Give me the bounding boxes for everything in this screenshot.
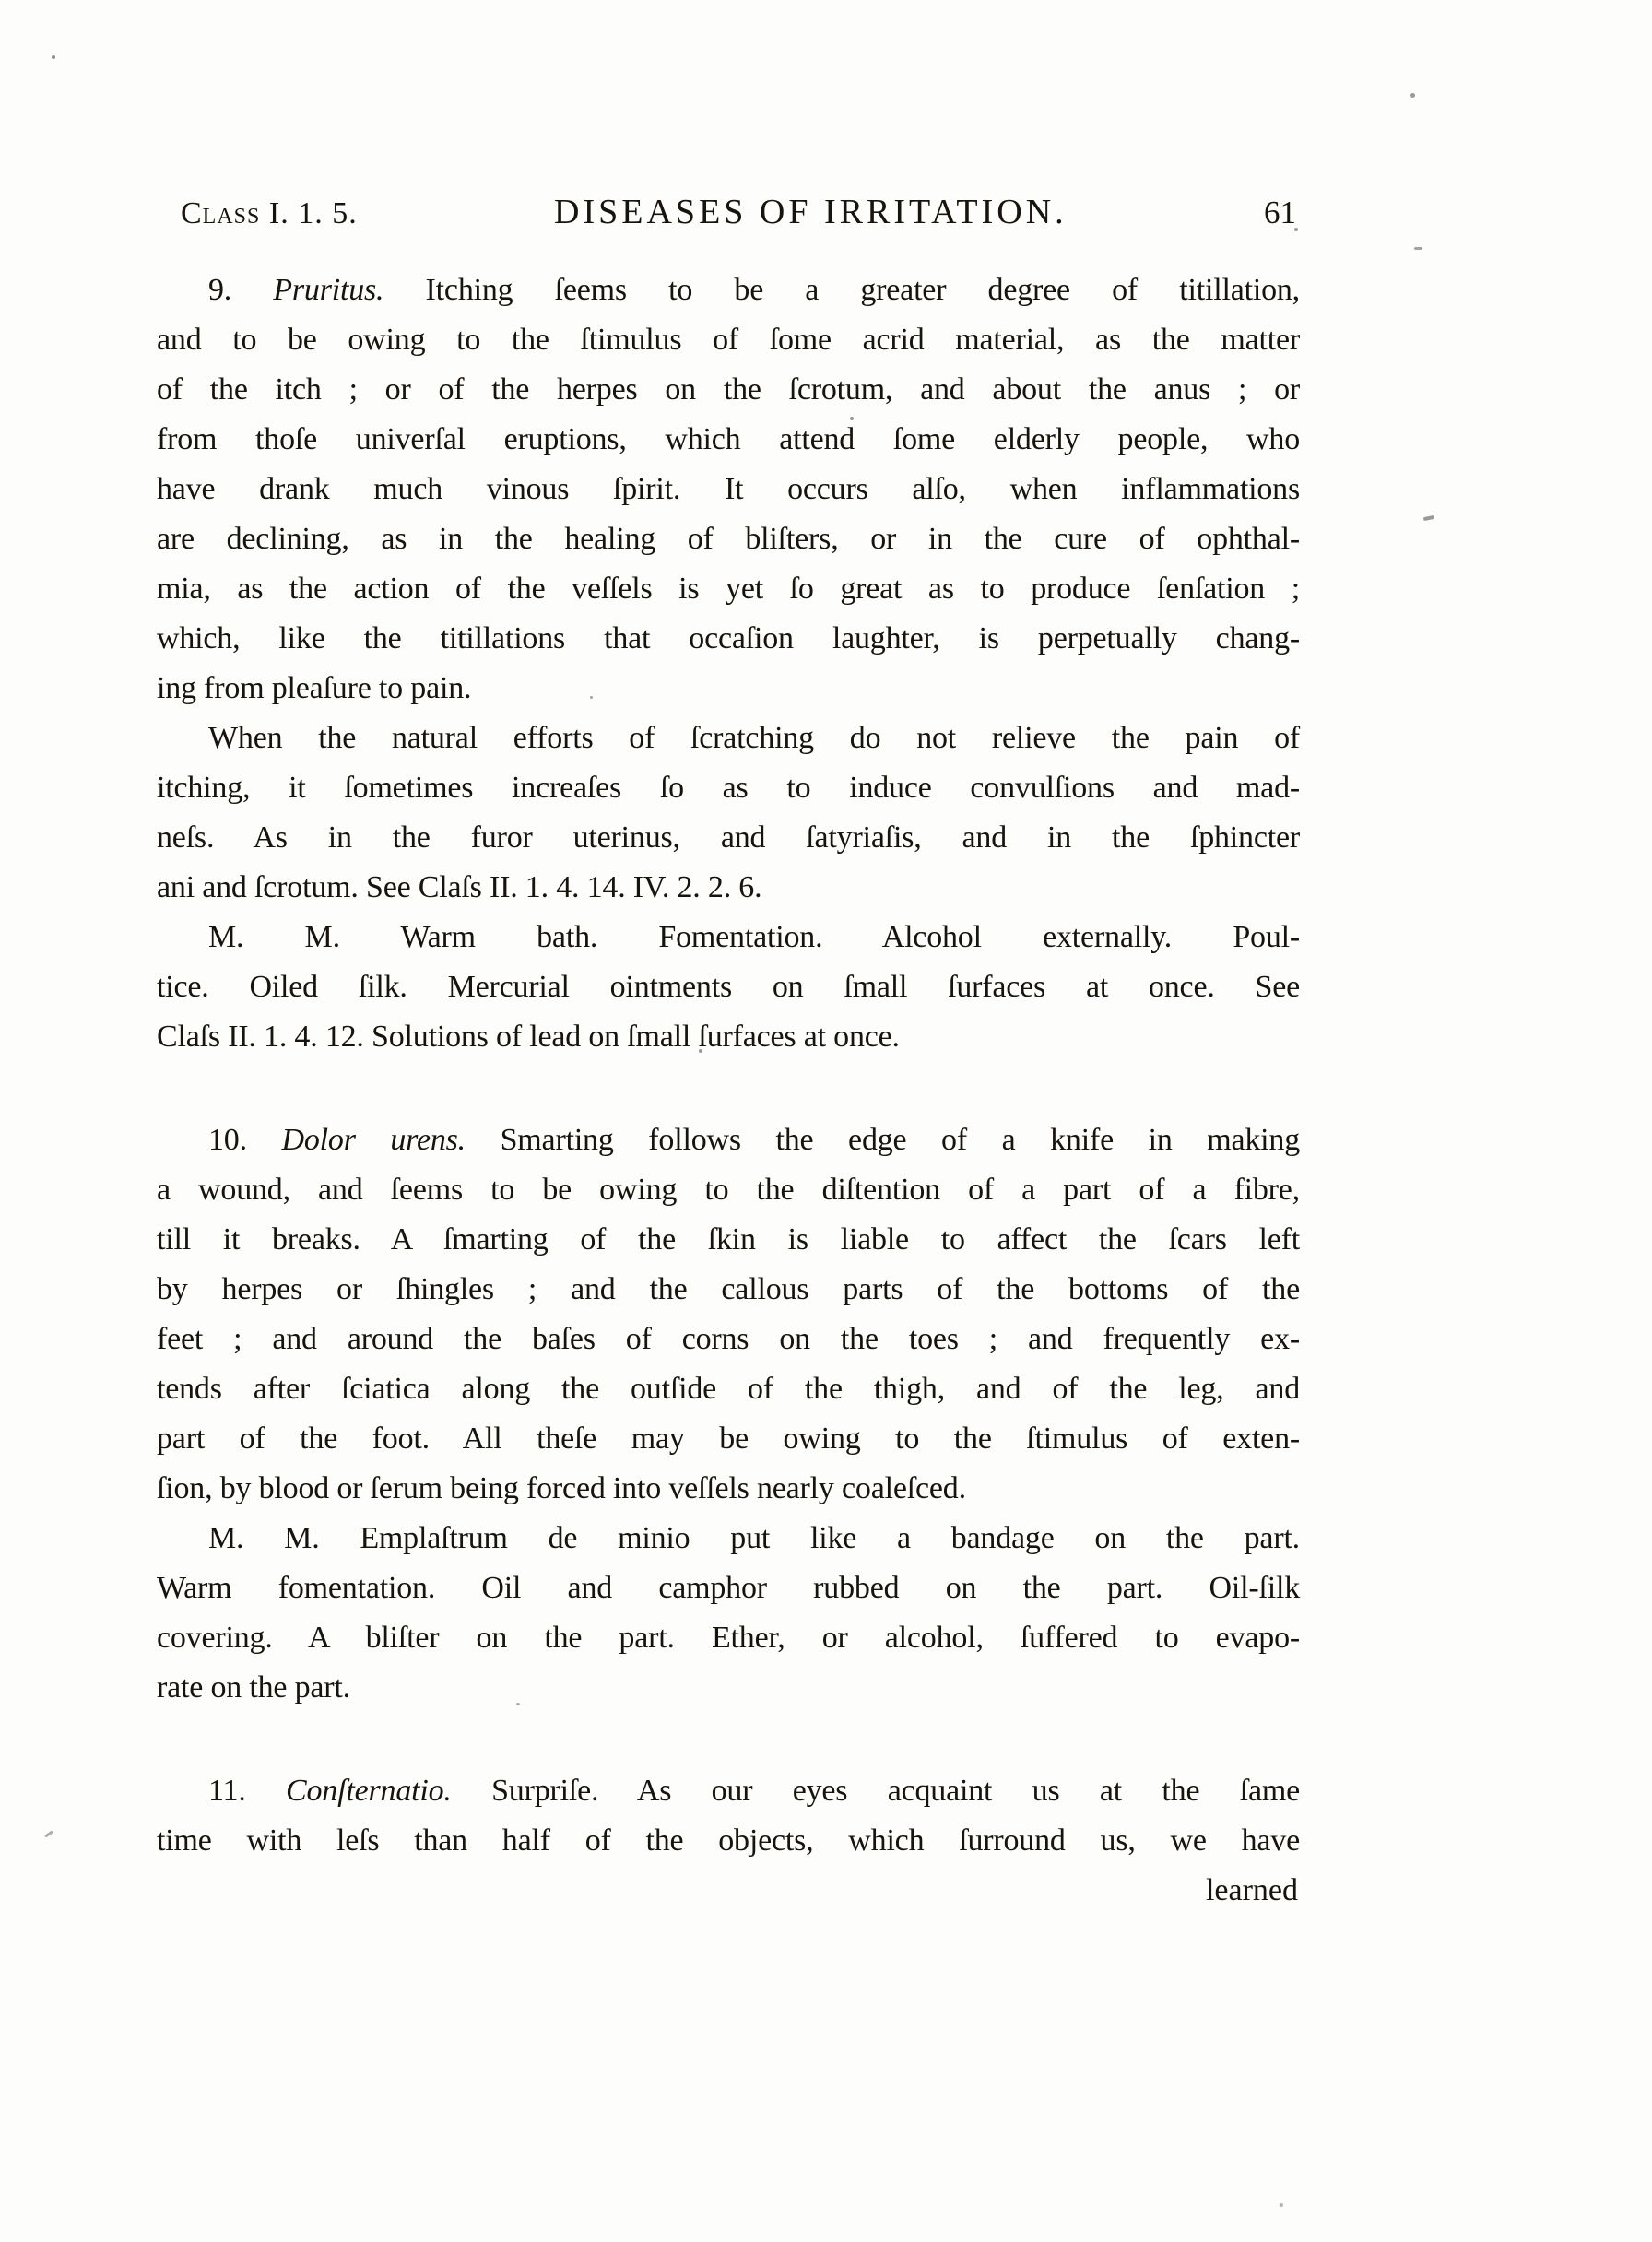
text-segment: Warm fomentation. Oil and camphor rubbed… bbox=[157, 1571, 1300, 1605]
text-line: 10. Dolor urens. Smarting follows the ed… bbox=[157, 1115, 1300, 1165]
section-11-consternatio: 11. Conſternatio. Surpriſe. As our eyes … bbox=[157, 1766, 1300, 1866]
text-segment: rate on the part. bbox=[157, 1670, 350, 1705]
scan-speck bbox=[1294, 228, 1298, 231]
text-line: till it breaks. A ſmarting of the ſkin i… bbox=[157, 1215, 1300, 1265]
text-line: and to be owing to the ſtimulus of ſome … bbox=[157, 315, 1300, 365]
section-10-dolor-urens: 10. Dolor urens. Smarting follows the ed… bbox=[157, 1115, 1300, 1514]
text-line: from thoſe univerſal eruptions, which at… bbox=[157, 415, 1300, 465]
text-line: have drank much vinous ſpirit. It occurs… bbox=[157, 465, 1300, 514]
text-segment: ing from pleaſure to pain. bbox=[157, 671, 471, 705]
text-segment: time with leſs than half of the objects,… bbox=[157, 1823, 1300, 1858]
text-line: 9. Pruritus. Itching ſeems to be a great… bbox=[157, 265, 1300, 315]
text-line: part of the foot. All theſe may be owing… bbox=[157, 1414, 1300, 1464]
text-segment: ani and ſcrotum. See Claſs II. 1. 4. 14.… bbox=[157, 870, 761, 904]
text-line: Claſs II. 1. 4. 12. Solutions of lead on… bbox=[157, 1012, 1300, 1062]
text-segment: covering. A bliſter on the part. Ether, … bbox=[157, 1621, 1300, 1655]
text-line: are declining, as in the healing of bliſ… bbox=[157, 514, 1300, 564]
text-line: M. M. Warm bath. Fomentation. Alcohol ex… bbox=[157, 913, 1300, 962]
text-segment: 11. bbox=[208, 1774, 286, 1808]
text-line: itching, it ſometimes increaſes ſo as to… bbox=[157, 763, 1300, 813]
scan-speck bbox=[52, 55, 55, 59]
latin-term: Conſternatio. bbox=[286, 1774, 452, 1808]
text-line: 11. Conſternatio. Surpriſe. As our eyes … bbox=[157, 1766, 1300, 1816]
text-line: M. M. Emplaſtrum de minio put like a ban… bbox=[157, 1514, 1300, 1563]
section-9-pruritus: 9. Pruritus. Itching ſeems to be a great… bbox=[157, 265, 1300, 714]
scan-speck bbox=[1423, 515, 1435, 521]
text-line: of the itch ; or of the herpes on the ſc… bbox=[157, 365, 1300, 415]
text-segment: tice. Oiled ſilk. Mercurial ointments on… bbox=[157, 970, 1300, 1004]
text-line: a wound, and ſeems to be owing to the di… bbox=[157, 1165, 1300, 1215]
paragraph-mm-pruritus: M. M. Warm bath. Fomentation. Alcohol ex… bbox=[157, 913, 1300, 1062]
text-segment: which, like the titillations that occaſi… bbox=[157, 621, 1300, 655]
text-segment: 10. bbox=[208, 1123, 282, 1157]
scanned-book-page: Class I. 1. 5. DISEASES OF IRRITATION. 6… bbox=[0, 0, 1652, 2242]
text-line: Warm fomentation. Oil and camphor rubbed… bbox=[157, 1563, 1300, 1613]
text-segment: ſion, by blood or ſerum being forced int… bbox=[157, 1471, 966, 1505]
text-segment: have drank much vinous ſpirit. It occurs… bbox=[157, 472, 1300, 506]
scan-speck bbox=[1414, 247, 1422, 250]
text-line: ſion, by blood or ſerum being forced int… bbox=[157, 1464, 1300, 1514]
scan-speck bbox=[699, 1049, 702, 1053]
text-line: time with leſs than half of the objects,… bbox=[157, 1816, 1300, 1866]
text-segment: M. M. Emplaſtrum de minio put like a ban… bbox=[208, 1521, 1300, 1555]
text-segment: Claſs II. 1. 4. 12. Solutions of lead on… bbox=[157, 1020, 900, 1054]
header-class-label: Class I. 1. 5. bbox=[181, 196, 358, 231]
scan-speck bbox=[1410, 93, 1415, 98]
text-line: ing from pleaſure to pain. bbox=[157, 664, 1300, 714]
text-segment: tends after ſciatica along the outſide o… bbox=[157, 1372, 1300, 1406]
header-title: DISEASES OF IRRITATION. bbox=[358, 192, 1264, 232]
text-line: ani and ſcrotum. See Claſs II. 1. 4. 14.… bbox=[157, 863, 1300, 913]
latin-term: Dolor urens. bbox=[282, 1123, 466, 1157]
page-number: 61 bbox=[1264, 195, 1300, 231]
scan-speck bbox=[516, 1703, 520, 1705]
text-segment: till it breaks. A ſmarting of the ſkin i… bbox=[157, 1222, 1300, 1257]
text-line: by herpes or ſhingles ; and the callous … bbox=[157, 1265, 1300, 1315]
paragraph-mm-dolor: M. M. Emplaſtrum de minio put like a ban… bbox=[157, 1514, 1300, 1713]
text-segment: feet ; and around the baſes of corns on … bbox=[157, 1322, 1300, 1356]
text-segment: Smarting follows the edge of a knife in … bbox=[466, 1123, 1300, 1157]
text-segment: of the itch ; or of the herpes on the ſc… bbox=[157, 372, 1300, 407]
text-line: which, like the titillations that occaſi… bbox=[157, 614, 1300, 664]
text-segment: When the natural efforts of ſcratching d… bbox=[208, 721, 1300, 755]
scan-speck bbox=[850, 417, 854, 420]
scan-speck bbox=[1280, 2203, 1283, 2207]
text-line: When the natural efforts of ſcratching d… bbox=[157, 714, 1300, 763]
catchword: learned bbox=[157, 1866, 1300, 1916]
text-body: 9. Pruritus. Itching ſeems to be a great… bbox=[157, 265, 1300, 1866]
text-segment: by herpes or ſhingles ; and the callous … bbox=[157, 1272, 1300, 1306]
text-segment: part of the foot. All theſe may be owing… bbox=[157, 1422, 1300, 1456]
scan-speck bbox=[44, 1830, 53, 1837]
text-segment: and to be owing to the ſtimulus of ſome … bbox=[157, 323, 1300, 357]
running-header: Class I. 1. 5. DISEASES OF IRRITATION. 6… bbox=[157, 192, 1300, 232]
text-line: neſs. As in the furor uterinus, and ſaty… bbox=[157, 813, 1300, 863]
text-segment: itching, it ſometimes increaſes ſo as to… bbox=[157, 771, 1300, 805]
text-segment: neſs. As in the furor uterinus, and ſaty… bbox=[157, 820, 1300, 855]
text-segment: Surpriſe. As our eyes acquaint us at the… bbox=[452, 1774, 1300, 1808]
paragraph-scratching: When the natural efforts of ſcratching d… bbox=[157, 714, 1300, 913]
text-line: rate on the part. bbox=[157, 1663, 1300, 1713]
text-segment: from thoſe univerſal eruptions, which at… bbox=[157, 422, 1300, 456]
text-segment: Itching ſeems to be a greater degree of … bbox=[383, 273, 1300, 307]
text-segment: mia, as the action of the veſſels is yet… bbox=[157, 572, 1300, 606]
page-content: Class I. 1. 5. DISEASES OF IRRITATION. 6… bbox=[157, 192, 1300, 1916]
text-line: covering. A bliſter on the part. Ether, … bbox=[157, 1613, 1300, 1663]
text-segment: 9. bbox=[208, 273, 273, 307]
text-line: tice. Oiled ſilk. Mercurial ointments on… bbox=[157, 962, 1300, 1012]
latin-term: Pruritus. bbox=[273, 273, 383, 307]
text-segment: are declining, as in the healing of bliſ… bbox=[157, 522, 1300, 556]
text-segment: a wound, and ſeems to be owing to the di… bbox=[157, 1173, 1300, 1207]
text-segment: M. M. Warm bath. Fomentation. Alcohol ex… bbox=[208, 920, 1300, 954]
text-line: feet ; and around the baſes of corns on … bbox=[157, 1315, 1300, 1364]
scan-speck bbox=[590, 696, 593, 699]
text-line: mia, as the action of the veſſels is yet… bbox=[157, 564, 1300, 614]
text-line: tends after ſciatica along the outſide o… bbox=[157, 1364, 1300, 1414]
